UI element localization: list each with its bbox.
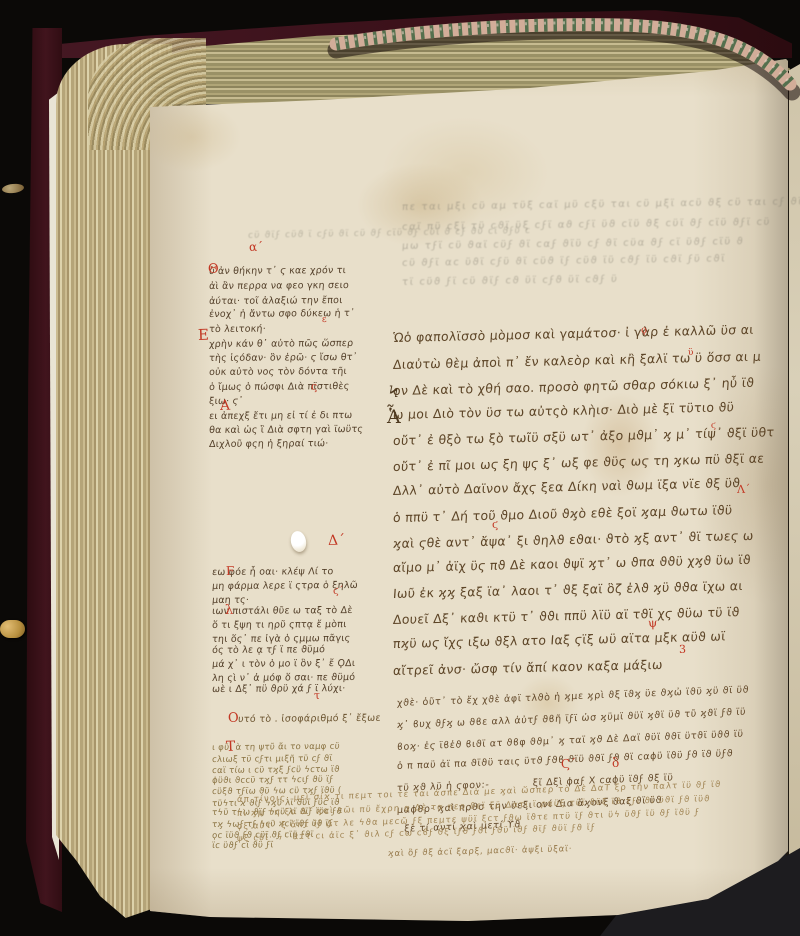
parchment-hole — [289, 530, 308, 554]
parchment-page — [150, 55, 788, 923]
manuscript-photo-scene: ϲϋ ϑϊϝ ϲϋϑ ϊ ϲϝϋ ϑϊ ϲϋ ϑϝ ϲϊϋ ϑϝ ϲϋϊ ϑ ϲ… — [0, 0, 800, 936]
brass-clasp-icon — [0, 620, 25, 638]
endband-icon — [0, 0, 800, 140]
next-page-edge — [786, 64, 800, 864]
brass-pin-icon — [2, 183, 25, 194]
